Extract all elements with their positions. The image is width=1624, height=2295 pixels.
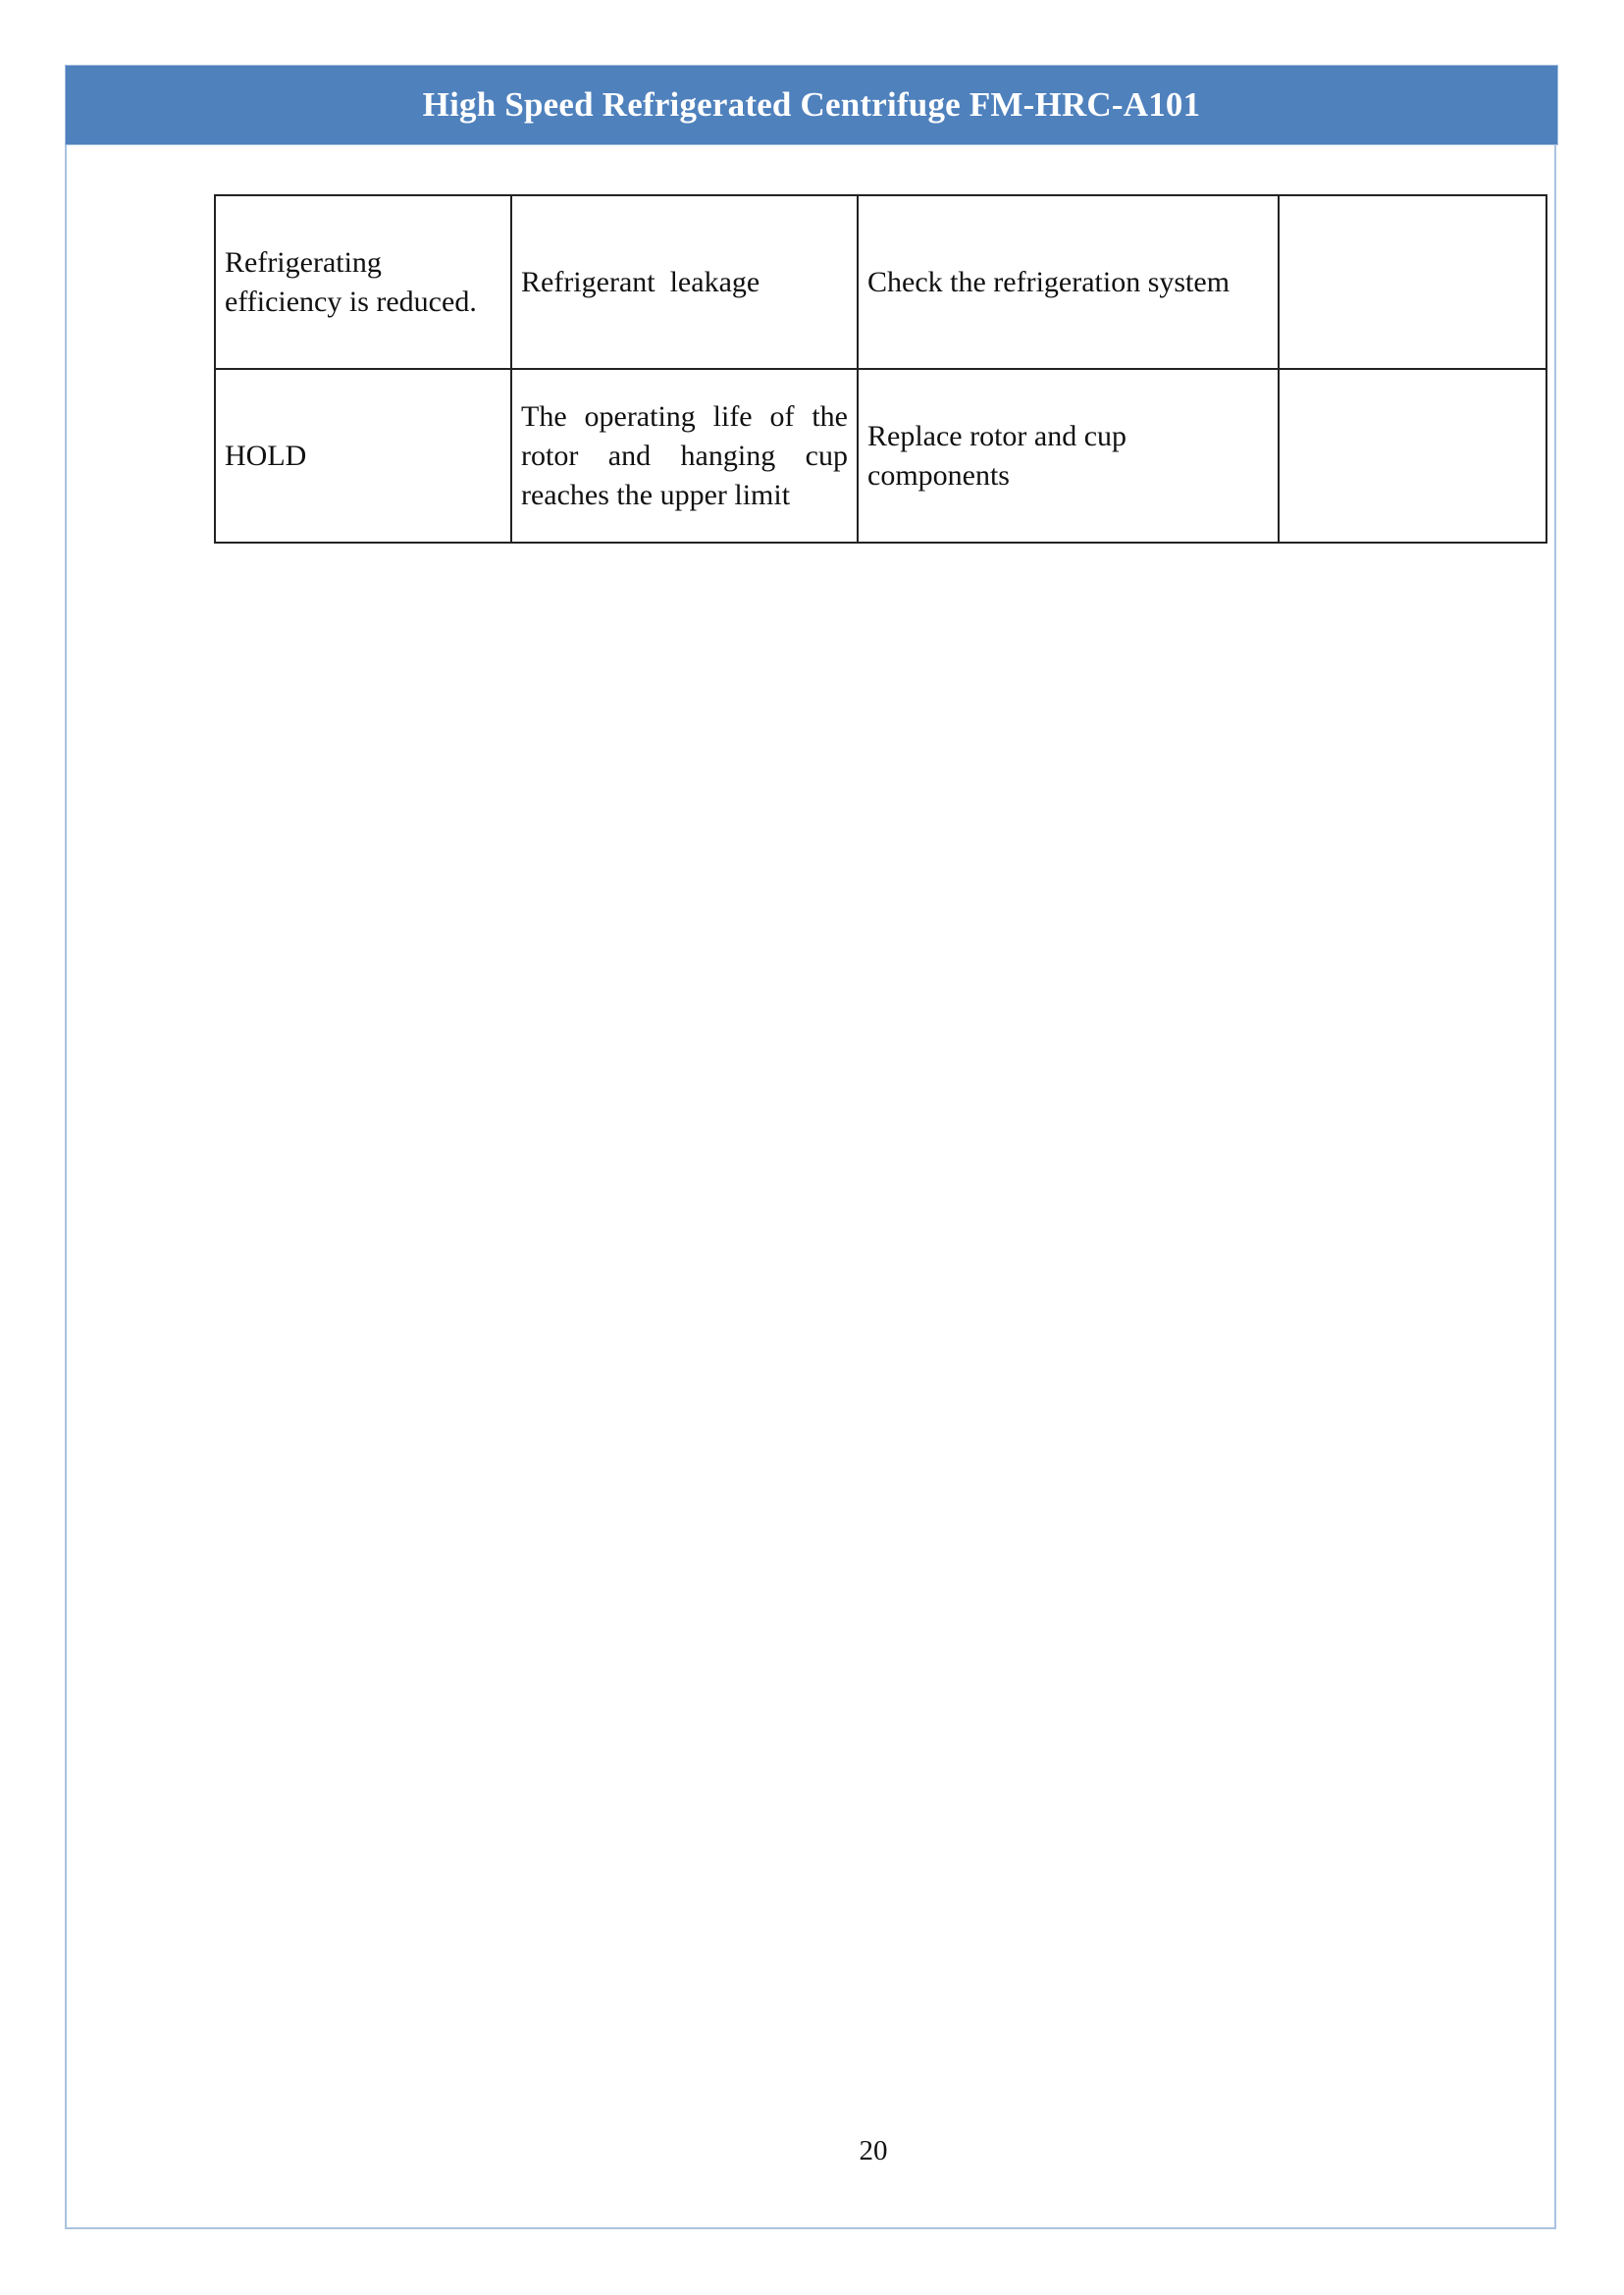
document-title: High Speed Refrigerated Centrifuge FM-HR… (423, 85, 1201, 125)
fault-cell: Refrigerating efficiency is reduced. (215, 195, 511, 369)
note-cell (1279, 195, 1546, 369)
note-cell (1279, 369, 1546, 543)
solution-cell: Replace rotor and cup components (858, 369, 1279, 543)
cause-cell: The operating life of the rotor and hang… (511, 369, 858, 543)
fault-cell: HOLD (215, 369, 511, 543)
page-number: 20 (0, 2135, 1624, 2167)
table-row: Refrigerating efficiency is reduced. Ref… (215, 195, 1546, 369)
troubleshooting-table: Refrigerating efficiency is reduced. Ref… (214, 194, 1547, 544)
document-header: High Speed Refrigerated Centrifuge FM-HR… (65, 65, 1558, 145)
cause-cell: Refrigerant leakage (511, 195, 858, 369)
solution-cell: Check the refrigeration system (858, 195, 1279, 369)
table-row: HOLD The operating life of the rotor and… (215, 369, 1546, 543)
